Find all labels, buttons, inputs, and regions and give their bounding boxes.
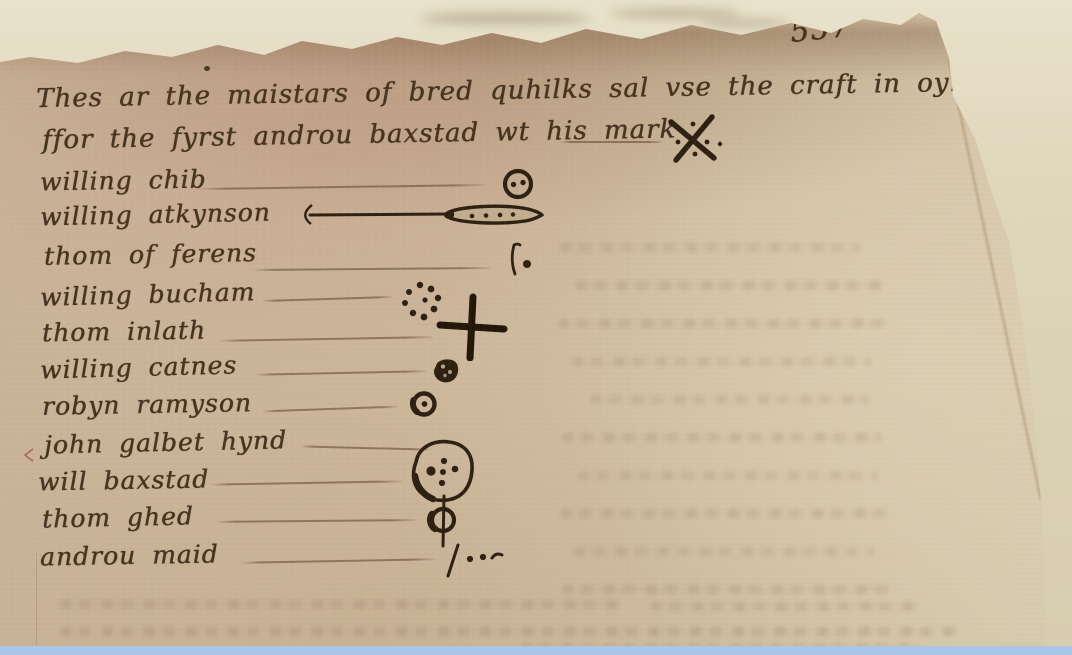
entry-rule-line (215, 519, 417, 523)
bleedthrough-smudge (60, 600, 620, 609)
entry-rule-line (262, 296, 392, 302)
entry-name: will baxstad (38, 465, 210, 497)
bleedthrough-smudge (578, 471, 878, 480)
bleedthrough-smudge (574, 547, 874, 556)
mark-stroke-dot-icon (502, 242, 534, 278)
bleedthrough-smudge (560, 509, 890, 518)
mark-long-dart-icon (296, 196, 548, 234)
entry-name: willing atkynson (40, 198, 271, 232)
bleedthrough-smudge (520, 643, 920, 652)
bleedthrough-smudge (560, 243, 860, 252)
entry-mark (440, 540, 516, 582)
entry-name: robyn ramyson (42, 388, 252, 421)
mark-slash-dots-icon (440, 540, 516, 582)
bleedthrough-smudge (558, 319, 888, 328)
entry-name: willing bucham (40, 277, 256, 312)
bleedthrough-smudge (650, 602, 920, 611)
mark-bold-cross-icon (436, 293, 508, 361)
entry-mark (436, 293, 508, 361)
entry-mark (296, 196, 548, 234)
heading-line-2: ffor the fyrst androu baxstad wt his mar… (42, 114, 677, 155)
entry-rule-line (198, 184, 485, 190)
ink-speck (204, 66, 210, 71)
entry-rule-line (210, 480, 402, 485)
fold-line (36, 553, 37, 645)
entry-name: thom ghed (42, 501, 194, 533)
heading-rule-line (560, 141, 662, 143)
entry-name: thom inlath (42, 316, 206, 348)
backing-smudge (420, 12, 590, 25)
entry-name: thom of ferens (44, 238, 257, 271)
entry-name: willing catnes (40, 350, 238, 384)
entry-name: willing chib (40, 165, 207, 197)
entry-mark (405, 385, 443, 423)
manuscript-scan: 557 Thes ar the maistars of bred quhilks… (0, 0, 1072, 655)
bleedthrough-smudge (60, 627, 960, 636)
heading-mark-slot (662, 110, 724, 168)
backing-smudge (610, 8, 740, 19)
bleedthrough-smudge (590, 395, 870, 404)
mark-saltire-dots-icon (662, 110, 724, 168)
entry-rule-line (255, 370, 427, 376)
mark-mottled-blob-icon (429, 353, 463, 387)
bleedthrough-smudge (572, 357, 872, 366)
red-margin-tick-icon (22, 446, 36, 464)
bleedthrough-smudge (562, 585, 892, 594)
mark-circle-center-dot-icon (405, 385, 443, 423)
entry-rule-line (240, 558, 436, 563)
entry-name: john galbet hynd (44, 425, 288, 459)
bleedthrough-smudge (562, 433, 882, 442)
entry-rule-line (218, 336, 433, 342)
entry-rule-line (252, 267, 490, 271)
bleedthrough-smudge (575, 281, 885, 290)
entry-name: androu maid (40, 539, 219, 571)
entry-rule-line (262, 406, 398, 413)
parchment-page: 557 Thes ar the maistars of bred quhilks… (0, 0, 1072, 655)
entry-mark (502, 242, 534, 278)
entry-mark (429, 353, 463, 387)
